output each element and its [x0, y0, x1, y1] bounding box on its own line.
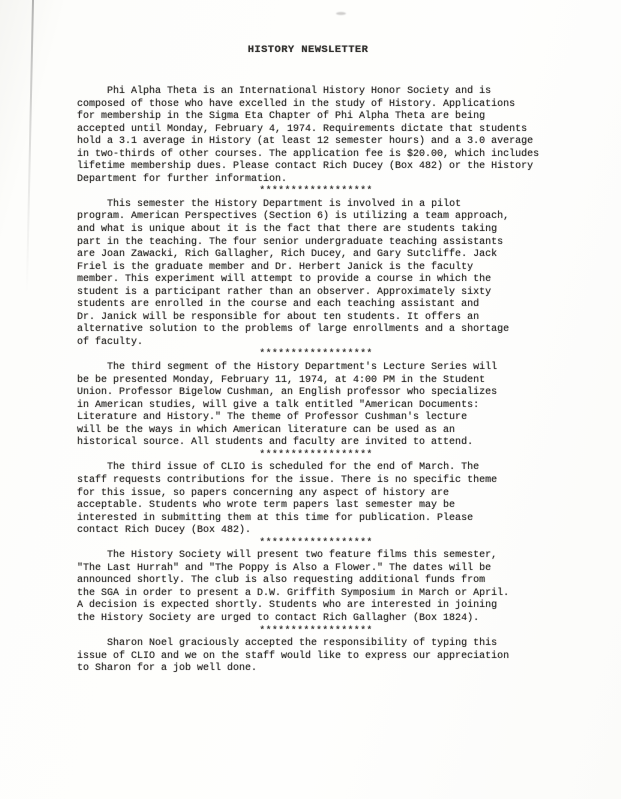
asterisk-separator: ******************	[77, 349, 555, 362]
page-title: HISTORY NEWSLETTER	[0, 44, 616, 56]
scan-smudge-artifact	[336, 12, 346, 15]
asterisk-separator: ******************	[77, 626, 555, 639]
paragraph-lecture-series: The third segment of the History Departm…	[77, 362, 555, 450]
asterisk-separator: ******************	[77, 186, 555, 199]
asterisk-separator: ******************	[77, 538, 555, 551]
paragraph-phi-alpha-theta: Phi Alpha Theta is an International Hist…	[77, 86, 555, 186]
newsletter-body: Phi Alpha Theta is an International Hist…	[77, 86, 555, 676]
asterisk-separator: ******************	[77, 450, 555, 463]
paragraph-typing-thanks: Sharon Noel graciously accepted the resp…	[77, 638, 555, 676]
paragraph-history-society-films: The History Society will present two fea…	[77, 550, 555, 625]
paragraph-pilot-program: This semester the History Department is …	[77, 199, 555, 350]
newsletter-page: HISTORY NEWSLETTER Phi Alpha Theta is an…	[0, 0, 621, 799]
paragraph-clio-issue: The third issue of CLIO is scheduled for…	[77, 462, 555, 537]
